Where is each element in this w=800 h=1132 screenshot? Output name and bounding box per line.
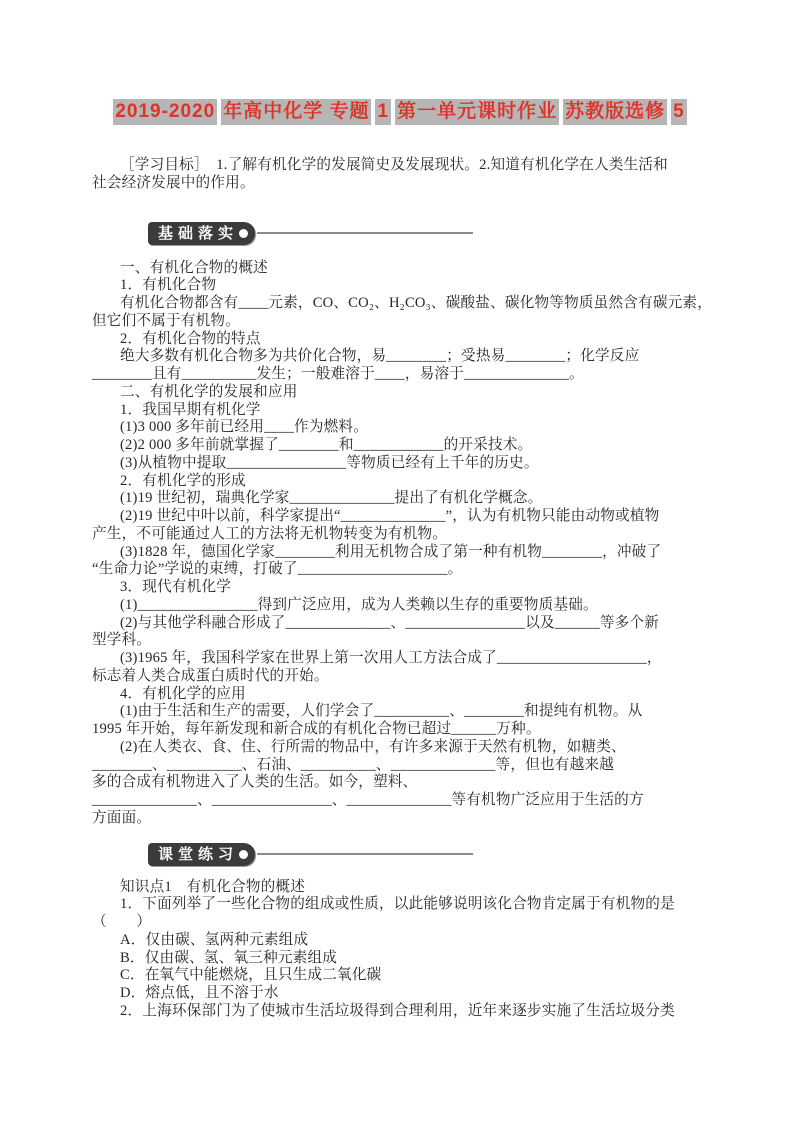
title-segment: 1	[375, 99, 391, 125]
text-line: (1)19 世纪初，瑞典化学家______________提出了有机化学概念。	[92, 490, 722, 508]
section-tab: 课堂练习	[148, 843, 255, 866]
text-line: A．仅由碳、氢两种元素组成	[92, 932, 722, 950]
text-line: ________、__________、石油、__________、______…	[92, 757, 722, 775]
text-line: (2)与其他学科融合形成了______________、____________…	[92, 615, 722, 633]
text-line: (1)由于生活和生产的需要，人们学会了__________、________和提…	[92, 703, 722, 721]
worksheet-page: 2019-2020年高中化学 专题1第一单元课时作业苏教版选修5 ［学习目标］ …	[0, 0, 800, 1132]
text-line: 2．有机化学的形成	[92, 473, 722, 491]
text-line: 二、有机化学的发展和应用	[92, 384, 722, 402]
section-title: 课堂练习	[158, 847, 238, 862]
text-line: 1995 年开始，每年新发现和新合成的有机化合物已超过______万种。	[92, 721, 722, 739]
text-line: 2．上海环保部门为了使城市生活垃圾得到合理利用，近年来逐步实施了生活垃圾分类	[92, 1003, 722, 1021]
bullet-circle-icon	[239, 850, 248, 859]
text-line: ［学习目标］ 1.了解有机化学的发展简史及发展现状。2.知道有机化学在人类生活和	[92, 157, 722, 175]
text-line: (2)在人类衣、食、住、行所需的物品中，有许多来源于天然有机物，如糖类、	[92, 739, 722, 757]
text-line: C．在氧气中能燃烧，且只生成二氧化碳	[92, 967, 722, 985]
section-foundation-lines: 一、有机化合物的概述1．有机化合物有机化合物都含有____元素，CO、CO₂、H…	[92, 260, 722, 828]
text-line: 社会经济发展中的作用。	[92, 175, 722, 193]
text-line: 型学科。	[92, 632, 722, 650]
text-line: 1．下面列举了一些化合物的组成或性质，以此能够说明该化合物肯定属于有机物的是	[92, 896, 722, 914]
section-title: 基础落实	[158, 226, 238, 241]
text-line: 知识点1 有机化合物的概述	[92, 879, 722, 897]
text-line: 方面面。	[92, 810, 722, 828]
text-line: (3)1965 年，我国科学家在世界上第一次用人工方法合成了__________…	[92, 650, 722, 668]
text-line: （ ）	[92, 914, 722, 932]
text-line: 标志着人类合成蛋白质时代的开始。	[92, 668, 722, 686]
text-line: (1)________________得到广泛应用，成为人类赖以生存的重要物质基…	[92, 597, 722, 615]
text-line: 3．现代有机化学	[92, 579, 722, 597]
text-line: ______________、________________、________…	[92, 792, 722, 810]
text-line: (1)3 000 多年前已经用____作为燃料。	[92, 419, 722, 437]
document-title: 2019-2020年高中化学 专题1第一单元课时作业苏教版选修5	[0, 0, 800, 124]
text-line: 1．我国早期有机化学	[92, 402, 722, 420]
text-line: (3)从植物中提取________________等物质已经有上千年的历史。	[92, 455, 722, 473]
section-tab: 基础落实	[148, 222, 255, 245]
section-practice-lines: 知识点1 有机化合物的概述1．下面列举了一些化合物的组成或性质，以此能够说明该化…	[92, 879, 722, 1021]
title-segment: 年高中化学 专题	[221, 99, 371, 125]
text-line: D．熔点低，且不溶于水	[92, 985, 722, 1003]
text-line: (3)1828 年，德国化学家________利用无机物合成了第一种有机物___…	[92, 544, 722, 562]
text-line: B．仅由碳、氢、氧三种元素组成	[92, 950, 722, 968]
learning-objectives: ［学习目标］ 1.了解有机化学的发展简史及发展现状。2.知道有机化学在人类生活和…	[92, 157, 722, 193]
text-line: 产生，不可能通过人工的方法将无机物转变为有机物。	[92, 526, 722, 544]
header-rule-line	[257, 232, 473, 234]
text-line: 2．有机化合物的特点	[92, 331, 722, 349]
text-line: 4．有机化学的应用	[92, 686, 722, 704]
text-line: 但它们不属于有机物。	[92, 313, 722, 331]
section-header-foundation: 基础落实	[148, 222, 722, 245]
header-rule-line	[257, 853, 473, 855]
text-line: 多的合成有机物进入了人类的生活。如今，塑料、	[92, 774, 722, 792]
title-segment: 苏教版选修	[563, 99, 667, 125]
title-segment: 5	[671, 99, 687, 125]
text-line: 有机化合物都含有____元素，CO、CO₂、H₂CO₃、碳酸盐、碳化物等物质虽然…	[92, 295, 722, 313]
text-line: 一、有机化合物的概述	[92, 260, 722, 278]
document-body: ［学习目标］ 1.了解有机化学的发展简史及发展现状。2.知道有机化学在人类生活和…	[92, 157, 722, 1021]
text-line: “生命力论”学说的束缚，打破了____________________。	[92, 561, 722, 579]
text-line: (2)2 000 多年前就掌握了________和____________的开采…	[92, 437, 722, 455]
title-segment: 2019-2020	[113, 99, 217, 125]
text-line: 绝大多数有机化合物多为共价化合物，易________；受热易________；化…	[92, 348, 722, 366]
text-line: ________且有__________发生；一般难溶于____，易溶于____…	[92, 366, 722, 384]
text-line: (2)19 世纪中叶以前，科学家提出“______________”，认为有机物…	[92, 508, 722, 526]
bullet-circle-icon	[239, 229, 248, 238]
text-line: 1．有机化合物	[92, 277, 722, 295]
title-segment: 第一单元课时作业	[395, 99, 559, 125]
section-header-practice: 课堂练习	[148, 843, 722, 866]
